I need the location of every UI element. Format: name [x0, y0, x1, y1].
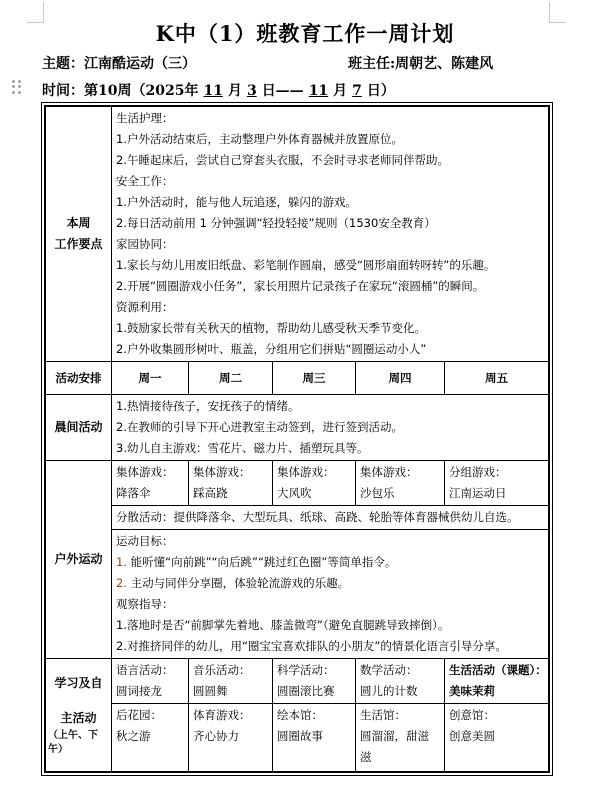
text-line: 1.家长与幼儿用废旧纸盘、彩笔制作圆扇，感受“圆形扇面转呀转”的乐趣。	[116, 255, 544, 276]
text-line: 3.幼儿自主游戏：雪花片、磁力片、插塑玩具等。	[116, 438, 544, 459]
center-type: 创意馆：	[449, 705, 544, 726]
activity-name: 圆圈滚比赛	[277, 681, 351, 702]
game-type: 集体游戏：	[193, 462, 268, 483]
morning-row: 晨间活动 1.热情接待孩子，安抚孩子的情绪。 2.在教师的引导下开心进教室主动签…	[46, 395, 549, 461]
center-name: 创意美圆	[449, 726, 544, 747]
goal-text: 主动与同伴分享圈，体验轮流游戏的乐趣。	[127, 576, 349, 590]
center-type: 绘本馆：	[277, 705, 351, 726]
center-cell-thursday[interactable]: 生活馆：圆溜溜，甜滋滋	[356, 704, 445, 772]
teacher-label: 班主任:	[348, 56, 395, 72]
day-thursday: 周四	[356, 362, 445, 395]
learning-cell-friday[interactable]: 生活活动（课题）：美味茉莉	[445, 659, 549, 704]
center-name: 圆溜溜，甜滋滋	[360, 726, 440, 768]
time-line: 时间：第10周（2025年11月3日——11月7日）	[42, 80, 395, 100]
activity-name: 圆儿的计数	[360, 681, 440, 702]
scattered-activity[interactable]: 分散活动：提供降落伞、大型玩具、纸球、高跷、轮胎等体育器械供幼儿自选。	[112, 506, 549, 530]
game-name: 江南运动日	[449, 483, 544, 504]
day-tuesday: 周二	[189, 362, 273, 395]
game-cell-thursday[interactable]: 集体游戏：沙包乐	[356, 461, 445, 506]
section-title: 家园协同：	[116, 234, 544, 255]
theme-label: 主题：	[42, 56, 84, 72]
game-cell-tuesday[interactable]: 集体游戏：踩高跷	[189, 461, 273, 506]
activity-name: 圆词接龙	[116, 681, 184, 702]
activity-type: 生活活动（课题）：	[449, 660, 544, 681]
schedule-label: 活动安排	[46, 362, 112, 395]
label-line: 学习及自	[48, 673, 109, 694]
center-cell-tuesday[interactable]: 体育游戏：齐心协力	[189, 704, 273, 772]
activity-type: 科学活动：	[277, 660, 351, 681]
learning-row-2: 后花园：秋之游 体育游戏：齐心协力 绘本馆：圆圈故事 生活馆：圆溜溜，甜滋滋 创…	[46, 704, 549, 772]
learning-cell-monday[interactable]: 语言活动：圆词接龙	[112, 659, 189, 704]
text-line: 1.落地时是否“前脚掌先着地、膝盖微弯”（避免直腿跳导致摔倒）。	[116, 615, 544, 636]
center-name: 齐心协力	[193, 726, 268, 747]
game-cell-friday[interactable]: 分组游戏：江南运动日	[445, 461, 549, 506]
text-line: 1.户外活动时，能与他人玩追逐，躲闪的游戏。	[116, 192, 544, 213]
activity-type: 数学活动：	[360, 660, 440, 681]
activity-type: 音乐活动：	[193, 660, 268, 681]
learning-row-1: 学习及自 主活动 （上午、下午） 语言活动：圆词接龙 音乐活动：圆圆舞 科学活动…	[46, 659, 549, 704]
text-line: 1.鼓励家长带有关秋天的植物，帮助幼儿感受秋天季节变化。	[116, 318, 544, 339]
end-month: 11	[304, 83, 333, 99]
game-name: 踩高跷	[193, 483, 268, 504]
theme-value: 江南酷运动（三）	[84, 56, 196, 72]
section-title: 运动目标：	[116, 531, 544, 552]
day-friday: 周五	[445, 362, 549, 395]
day-wednesday: 周三	[273, 362, 356, 395]
center-cell-wednesday[interactable]: 绘本馆：圆圈故事	[273, 704, 356, 772]
month-char: 月	[228, 83, 242, 99]
center-type: 后花园：	[116, 705, 184, 726]
outdoor-games-row: 户外运动 集体游戏：降落伞 集体游戏：踩高跷 集体游戏：大风吹 集体游戏：沙包乐…	[46, 461, 549, 506]
end-day: 7	[347, 83, 367, 99]
learning-label: 学习及自 主活动 （上午、下午）	[46, 659, 112, 772]
outdoor-goals-row: 运动目标： 1. 能听懂“向前跳”“向后跳”“跳过红色圈”等简单指令。 2. 主…	[46, 530, 549, 659]
center-name: 圆圈故事	[277, 726, 351, 747]
text-line: 2.每日活动前用 1 分钟强调“轻投轻接”规则（1530安全教育）	[116, 213, 544, 234]
weekly-plan-table: 本周 工作要点 生活护理： 1.户外活动结束后，主动整理户外体育器械并放置原位。…	[41, 102, 553, 776]
start-day: 3	[242, 83, 262, 99]
text-line: 1.户外活动结束后，主动整理户外体育器械并放置原位。	[116, 129, 544, 150]
time-suffix: 日）	[367, 83, 395, 99]
start-month: 11	[198, 83, 227, 99]
center-name: 秋之游	[116, 726, 184, 747]
center-type: 生活馆：	[360, 705, 440, 726]
learning-cell-thursday[interactable]: 数学活动：圆儿的计数	[356, 659, 445, 704]
goal-number: 2.	[116, 576, 127, 590]
document-title: K中（1）班教育工作一周计划	[0, 18, 610, 48]
section-title: 生活护理：	[116, 108, 544, 129]
goal-text: 能听懂“向前跳”“向后跳”“跳过红色圈”等简单指令。	[127, 555, 396, 569]
game-cell-monday[interactable]: 集体游戏：降落伞	[112, 461, 189, 506]
game-type: 集体游戏：	[277, 462, 351, 483]
label-line: 工作要点	[48, 234, 109, 255]
game-name: 沙包乐	[360, 483, 440, 504]
schedule-header-row: 活动安排 周一 周二 周三 周四 周五	[46, 362, 549, 395]
text-line: 2.开展“圆圈游戏小任务”，家长用照片记录孩子在家玩“滚圆桶”的瞬间。	[116, 276, 544, 297]
center-cell-friday[interactable]: 创意馆：创意美圆	[445, 704, 549, 772]
time-prefix: 时间：第10周（2025年	[42, 83, 198, 99]
key-points-content[interactable]: 生活护理： 1.户外活动结束后，主动整理户外体育器械并放置原位。 2.午睡起床后…	[112, 107, 549, 362]
table-drag-handle-icon[interactable]	[12, 80, 22, 94]
section-title: 观察指导：	[116, 594, 544, 615]
goal-line: 2. 主动与同伴分享圈，体验轮流游戏的乐趣。	[116, 573, 544, 594]
head-teacher: 班主任:周朝艺、陈建风	[348, 53, 493, 73]
game-type: 集体游戏：	[360, 462, 440, 483]
outdoor-goals-content[interactable]: 运动目标： 1. 能听懂“向前跳”“向后跳”“跳过红色圈”等简单指令。 2. 主…	[112, 530, 549, 659]
theme-line: 主题：江南酷运动（三） 班主任:周朝艺、陈建风	[42, 53, 196, 73]
goal-number: 1.	[116, 555, 127, 569]
game-name: 大风吹	[277, 483, 351, 504]
activity-name: 美味茉莉	[449, 681, 544, 702]
morning-label: 晨间活动	[46, 395, 112, 461]
game-name: 降落伞	[116, 483, 184, 504]
section-title: 安全工作：	[116, 171, 544, 192]
label-line: 主活动	[48, 708, 109, 729]
center-type: 体育游戏：	[193, 705, 268, 726]
text-line: 1.热情接待孩子，安抚孩子的情绪。	[116, 396, 544, 417]
text-line: 2.午睡起床后，尝试自己穿套头衣服，不会时寻求老师同伴帮助。	[116, 150, 544, 171]
text-line: 2.对推挤同伴的幼儿，用“圈宝宝喜欢排队的小朋友”的情景化语言引导分享。	[116, 636, 544, 657]
goal-line: 1. 能听懂“向前跳”“向后跳”“跳过红色圈”等简单指令。	[116, 552, 544, 573]
key-points-label: 本周 工作要点	[46, 107, 112, 362]
activity-type: 语言活动：	[116, 660, 184, 681]
text-line: 分散活动：提供降落伞、大型玩具、纸球、高跷、轮胎等体育器械供幼儿自选。	[116, 507, 544, 528]
game-type: 分组游戏：	[449, 462, 544, 483]
scattered-activity-row: 分散活动：提供降落伞、大型玩具、纸球、高跷、轮胎等体育器械供幼儿自选。	[46, 506, 549, 530]
day-monday: 周一	[112, 362, 189, 395]
text-line: 2.在教师的引导下开心进教室主动签到，进行签到活动。	[116, 417, 544, 438]
date-separator: 日——	[262, 83, 304, 99]
game-cell-wednesday[interactable]: 集体游戏：大风吹	[273, 461, 356, 506]
section-title: 资源利用：	[116, 297, 544, 318]
outdoor-label: 户外运动	[46, 461, 112, 659]
month-char: 月	[333, 83, 347, 99]
morning-content[interactable]: 1.热情接待孩子，安抚孩子的情绪。 2.在教师的引导下开心进教室主动签到，进行签…	[112, 395, 549, 461]
text-line: 2.户外收集圆形树叶、瓶盖，分组用它们拼贴“圆圈运动小人”	[116, 339, 544, 360]
activity-name: 圆圆舞	[193, 681, 268, 702]
key-points-row: 本周 工作要点 生活护理： 1.户外活动结束后，主动整理户外体育器械并放置原位。…	[46, 107, 549, 362]
label-line: 本周	[48, 213, 109, 234]
game-type: 集体游戏：	[116, 462, 184, 483]
learning-cell-wednesday[interactable]: 科学活动：圆圈滚比赛	[273, 659, 356, 704]
label-subtext: （上午、下午）	[48, 729, 109, 757]
teacher-value: 周朝艺、陈建风	[395, 56, 493, 72]
center-cell-monday[interactable]: 后花园：秋之游	[112, 704, 189, 772]
learning-cell-tuesday[interactable]: 音乐活动：圆圆舞	[189, 659, 273, 704]
